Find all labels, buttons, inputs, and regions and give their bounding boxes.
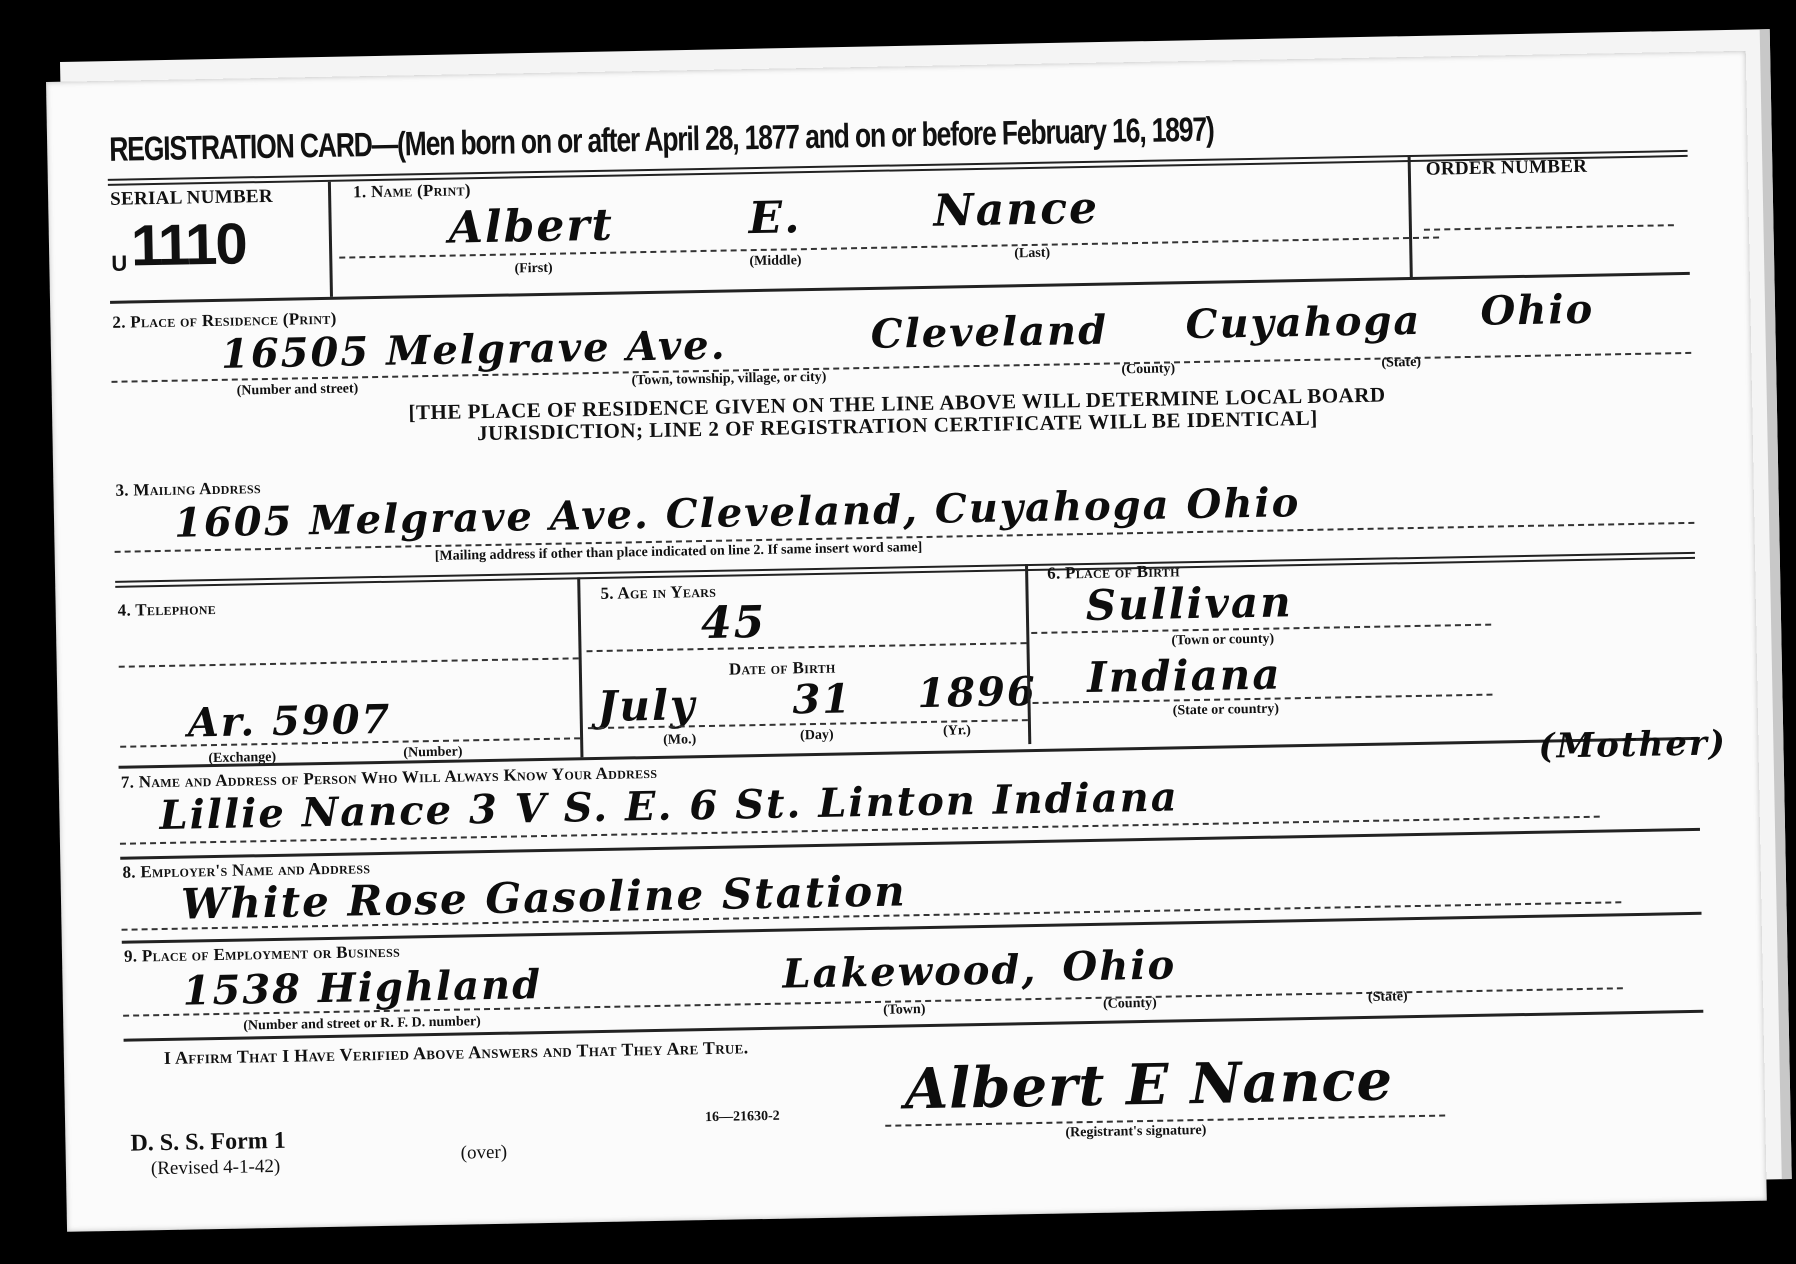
over-note: (over) [461,1142,508,1165]
residence-county: Cuyahoga [1185,297,1422,348]
dob-year: 1896 [917,668,1037,717]
telephone-value: Ar. 5907 [187,696,391,747]
dob-month: July [597,680,697,731]
registrant-signature: Albert E Nance [904,1047,1394,1122]
residence-street: 16505 Melgrave Ave. [221,322,727,378]
signature-caption: (Registrant's signature) [1065,1123,1206,1142]
age-birthplace-divider [1025,564,1031,744]
residence-town-caption: (Town, township, village, or city) [631,370,826,390]
residence-town: Cleveland [870,307,1108,358]
employment-street-caption: (Number and street or R. F. D. number) [243,1014,481,1034]
age-value: 45 [701,597,767,649]
birthplace-town: Sullivan [1085,577,1293,630]
employment-county-caption: (County) [1103,996,1157,1013]
telephone-line-1 [119,657,579,667]
print-code: 16—21630-2 [705,1109,780,1126]
affirmation-text: I Affirm That I Have Verified Above Answ… [164,1037,749,1069]
serial-number-label: SERIAL NUMBER [110,186,273,211]
birthplace-state: Indiana [1087,649,1282,702]
age-label: 5. Age in Years [600,582,716,604]
serial-number-value: 1110 [130,210,246,279]
employment-street: 1538 Highland [182,961,542,1015]
mailing-address-label: 3. Mailing Address [115,478,261,501]
form-revised: (Revised 4-1-42) [151,1156,281,1180]
order-divider [1408,157,1413,277]
birthplace-town-caption: (Town or county) [1171,632,1274,650]
employment-state: Ohio [1062,941,1177,990]
age-line [587,642,1027,652]
serial-divider [328,182,333,297]
serial-prefix: U [111,251,127,277]
order-number-label: ORDER NUMBER [1426,156,1588,181]
name-middle-caption: (Middle) [749,253,801,270]
residence-county-caption: (County) [1121,361,1175,378]
order-number-line [1424,224,1674,231]
dob-month-caption: (Mo.) [663,732,696,749]
employment-state-caption: (State) [1368,989,1408,1006]
dob-day: 31 [792,675,853,723]
birthplace-state-caption: (State or country) [1173,702,1280,720]
row1-rule [110,272,1690,304]
residence-state: Ohio [1480,286,1595,335]
name-first: Albert [448,200,614,254]
name-label: 1. Name (Print) [353,180,471,202]
tel-age-divider [577,577,583,757]
employment-place-label: 9. Place of Employment or Business [124,942,400,967]
name-first-caption: (First) [514,261,552,278]
dob-day-caption: (Day) [800,728,834,745]
employment-town-caption: (Town) [883,1002,926,1019]
registration-card: REGISTRATION CARD—(Men born on or after … [46,51,1767,1232]
form-name: D. S. S. Form 1 [130,1128,286,1158]
dob-year-caption: (Yr.) [943,723,971,740]
name-last: Nance [933,183,1099,237]
residence-state-caption: (State) [1381,355,1421,372]
row3-rule [115,552,1695,588]
mailing-address-value: 1605 Melgrave Ave. Cleveland, Cuyahoga O… [174,479,1301,547]
name-middle: E. [748,192,802,244]
employment-town: Lakewood, [782,946,1038,998]
name-last-caption: (Last) [1014,246,1050,263]
contact-annotation: (Mother) [1538,723,1727,766]
residence-street-caption: (Number and street) [237,381,359,399]
telephone-label: 4. Telephone [118,599,217,621]
